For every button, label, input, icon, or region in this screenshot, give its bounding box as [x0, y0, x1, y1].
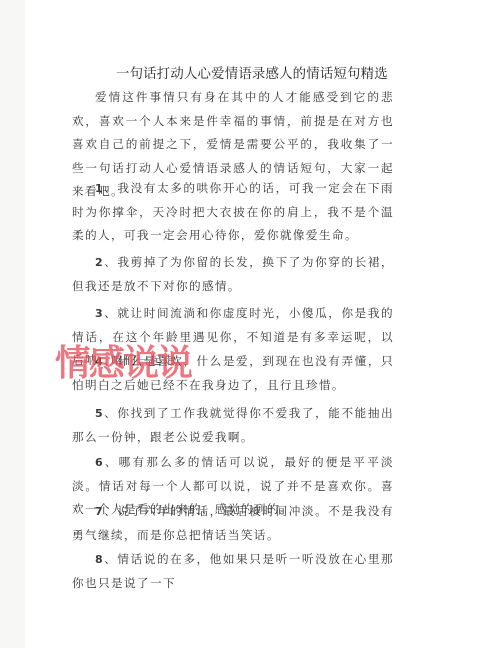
item-number: 8 — [95, 553, 104, 566]
item-text: 、什么是喜欢，什么是爱，到现在也没有弄懂，只怕明白之后她已经不在我身边了，且行且… — [72, 354, 394, 392]
list-item: 2、我剪掉了为你留的长发，换下了为你穿的长裙，但我还是放不下对你的感情。 — [72, 251, 394, 298]
list-item: 5、你找到了工作我就觉得你不爱我了，能不能抽出那么一份钟，跟老公说爱我啊。 — [72, 402, 394, 449]
list-item: 4、什么是喜欢，什么是爱，到现在也没有弄懂，只怕明白之后她已经不在我身边了，且行… — [72, 350, 394, 397]
item-number: 5 — [95, 407, 104, 420]
page-left-margin — [0, 0, 25, 648]
item-number: 1 — [95, 182, 104, 195]
list-item: 7、说了六年的情话，最后被时间冲淡。不是我没有勇气继续，而是你总把情话当笑话。 — [72, 500, 394, 547]
item-number: 4 — [95, 355, 104, 368]
document-title: 一句话打动人心爱情语录感人的情话短句精选 — [116, 66, 356, 84]
item-number: 6 — [95, 456, 104, 469]
item-number: 2 — [95, 256, 104, 269]
list-item: 1、我没有太多的哄你开心的话，可我一定会在下雨时为你撑伞，天冷时把大衣披在你的肩… — [72, 177, 394, 248]
item-number: 3 — [95, 307, 104, 320]
item-number: 7 — [95, 505, 104, 518]
item-text: 、我剪掉了为你留的长发，换下了为你穿的长裙，但我还是放不下对你的感情。 — [72, 255, 394, 293]
item-text: 、我没有太多的哄你开心的话，可我一定会在下雨时为你撑伞，天冷时把大衣披在你的肩上… — [72, 181, 394, 242]
item-text: 、你找到了工作我就觉得你不爱我了，能不能抽出那么一份钟，跟老公说爱我啊。 — [72, 406, 394, 444]
list-item: 8、情话说的在多，他如果只是听一听没放在心里那你也只是说了一下 — [72, 548, 394, 595]
item-text: 、说了六年的情话，最后被时间冲淡。不是我没有勇气继续，而是你总把情话当笑话。 — [72, 504, 394, 542]
item-text: 、情话说的在多，他如果只是听一听没放在心里那你也只是说了一下 — [72, 552, 394, 590]
